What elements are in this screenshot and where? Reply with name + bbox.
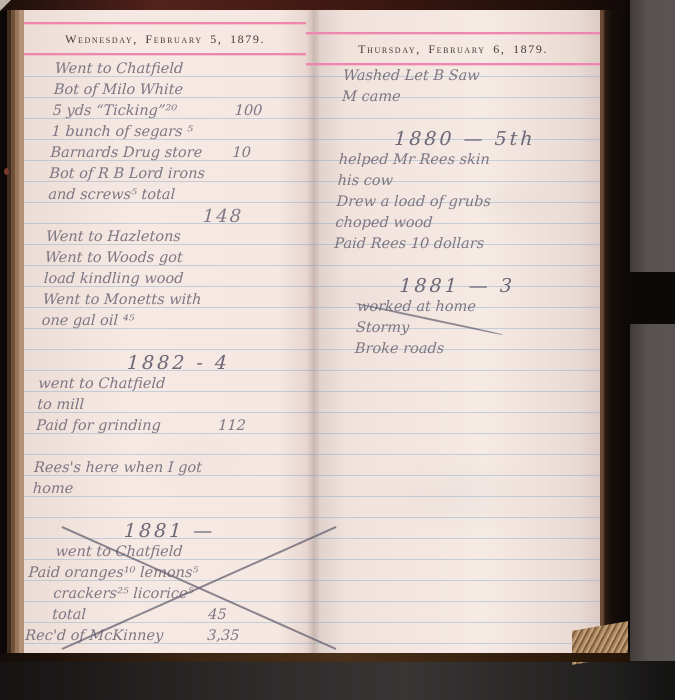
journal-line: Broke roads: [328, 339, 579, 360]
journal-line: load kindling wood: [43, 269, 322, 290]
right-page-date-header: Thursday, February 6, 1879.: [306, 42, 600, 57]
journal-line-text: Bot of R B Lord irons: [49, 166, 205, 182]
background-right: [629, 0, 675, 662]
journal-line-text: 5 yds “Ticking”²⁰: [52, 103, 177, 119]
journal-line: 148: [47, 206, 326, 227]
book-cover-bottom-edge: [0, 653, 630, 662]
journal-line-text: Rees's here when I got: [34, 460, 203, 476]
pink-rule-right-bottom: [306, 63, 600, 65]
journal-line: Rees's here when I got: [33, 458, 312, 479]
journal-line: [333, 255, 584, 276]
journal-line-text: to mill: [37, 397, 85, 413]
journal-line: Stormy: [329, 318, 580, 339]
journal-line: 1880 — 5th: [339, 129, 590, 150]
journal-line-text: home: [32, 481, 73, 497]
journal-line: M came: [342, 87, 593, 108]
background-bottom: [0, 661, 675, 700]
journal-line-text: load kindling wood: [43, 271, 183, 287]
journal-line-text: Went to Woods got: [45, 250, 184, 266]
journal-line-text: choped wood: [335, 215, 433, 231]
journal-line: one gal oil ⁴⁵: [41, 311, 320, 332]
crossout-x-mark: [54, 525, 344, 655]
journal-line: Went to Monetts with: [42, 290, 321, 311]
journal-line: [340, 108, 591, 129]
journal-line: to mill: [37, 395, 316, 416]
journal-line-text: his cow: [337, 173, 393, 189]
diary-photo: Wednesday, February 5, 1879. Thursday, F…: [0, 0, 675, 700]
journal-line: [31, 500, 310, 521]
journal-line: his cow: [337, 171, 588, 192]
book-spine-left-edge: [0, 10, 24, 655]
journal-line: 5 yds “Ticking”²⁰100: [52, 101, 331, 122]
journal-line: went to Chatfield: [38, 374, 317, 395]
journal-line-text: Barnards Drug store: [50, 145, 203, 161]
journal-line: choped wood: [335, 213, 586, 234]
book-fore-edge: [600, 10, 630, 655]
diary-pages: Wednesday, February 5, 1879. Thursday, F…: [24, 10, 600, 655]
journal-line-text: M came: [342, 89, 401, 105]
journal-line: Paid for grinding112: [36, 416, 315, 437]
journal-line-text: helped Mr Rees skin: [338, 152, 490, 168]
corner-fold: [0, 0, 11, 11]
pink-rule-left-bottom: [24, 53, 306, 55]
journal-line: Paid Rees 10 dollars: [334, 234, 585, 255]
pink-rule-right-top: [306, 32, 600, 34]
journal-line-text: Broke roads: [354, 341, 444, 357]
left-page-date-header: Wednesday, February 5, 1879.: [24, 32, 306, 47]
journal-line: home: [32, 479, 311, 500]
journal-line: Went to Woods got: [44, 248, 323, 269]
journal-line: Washed Let B Saw: [343, 66, 594, 87]
journal-line: Bot of R B Lord irons: [49, 164, 328, 185]
journal-line-text: Bot of Milo White: [53, 82, 183, 98]
journal-line-text: 148: [202, 206, 243, 227]
journal-line-text: Paid for grinding: [36, 418, 161, 434]
journal-line-text: and screws⁵ total: [48, 187, 176, 203]
journal-line: 1882 - 4: [39, 353, 318, 374]
journal-line: Barnards Drug store10: [50, 143, 329, 164]
journal-line: [40, 332, 319, 353]
journal-line-amount: 112: [218, 416, 247, 437]
journal-line-text: Went to Chatfield: [54, 61, 183, 77]
journal-line-text: Washed Let B Saw: [343, 68, 480, 84]
journal-line: and screws⁵ total: [48, 185, 327, 206]
journal-line-amount: 100: [234, 101, 263, 122]
journal-line: worked at home: [330, 297, 581, 318]
journal-line: 1881 — 3: [332, 276, 583, 297]
journal-line: [34, 437, 313, 458]
journal-line: Went to Chatfield: [54, 59, 333, 80]
journal-line: Bot of Milo White: [53, 80, 332, 101]
cover-wear-spot: [4, 168, 9, 175]
journal-line-text: 1880 — 5th: [394, 128, 537, 150]
journal-line-text: Drew a load of grubs: [336, 194, 491, 210]
journal-line-text: went to Chatfield: [38, 376, 166, 392]
journal-line-amount: 10: [232, 143, 252, 164]
journal-line-text: Went to Monetts with: [42, 292, 202, 308]
journal-line: Went to Hazletons: [46, 227, 325, 248]
pink-rule-left-top: [24, 22, 306, 24]
right-page-entries: Washed Let B SawM came1880 — 5thhelped M…: [328, 66, 593, 360]
journal-line-text: Paid Rees 10 dollars: [334, 236, 485, 252]
journal-line-text: Went to Hazletons: [46, 229, 182, 245]
journal-line-text: one gal oil ⁴⁵: [41, 313, 135, 329]
journal-line-text: 1882 - 4: [126, 352, 230, 374]
journal-line-text: 1 bunch of segars ⁵: [51, 124, 193, 140]
journal-line: Drew a load of grubs: [336, 192, 587, 213]
journal-line-text: 1881 — 3: [399, 275, 516, 297]
open-diary-book: Wednesday, February 5, 1879. Thursday, F…: [0, 0, 630, 662]
journal-line-text: Stormy: [356, 320, 410, 336]
journal-line: 1 bunch of segars ⁵: [51, 122, 330, 143]
journal-line: helped Mr Rees skin: [338, 150, 589, 171]
